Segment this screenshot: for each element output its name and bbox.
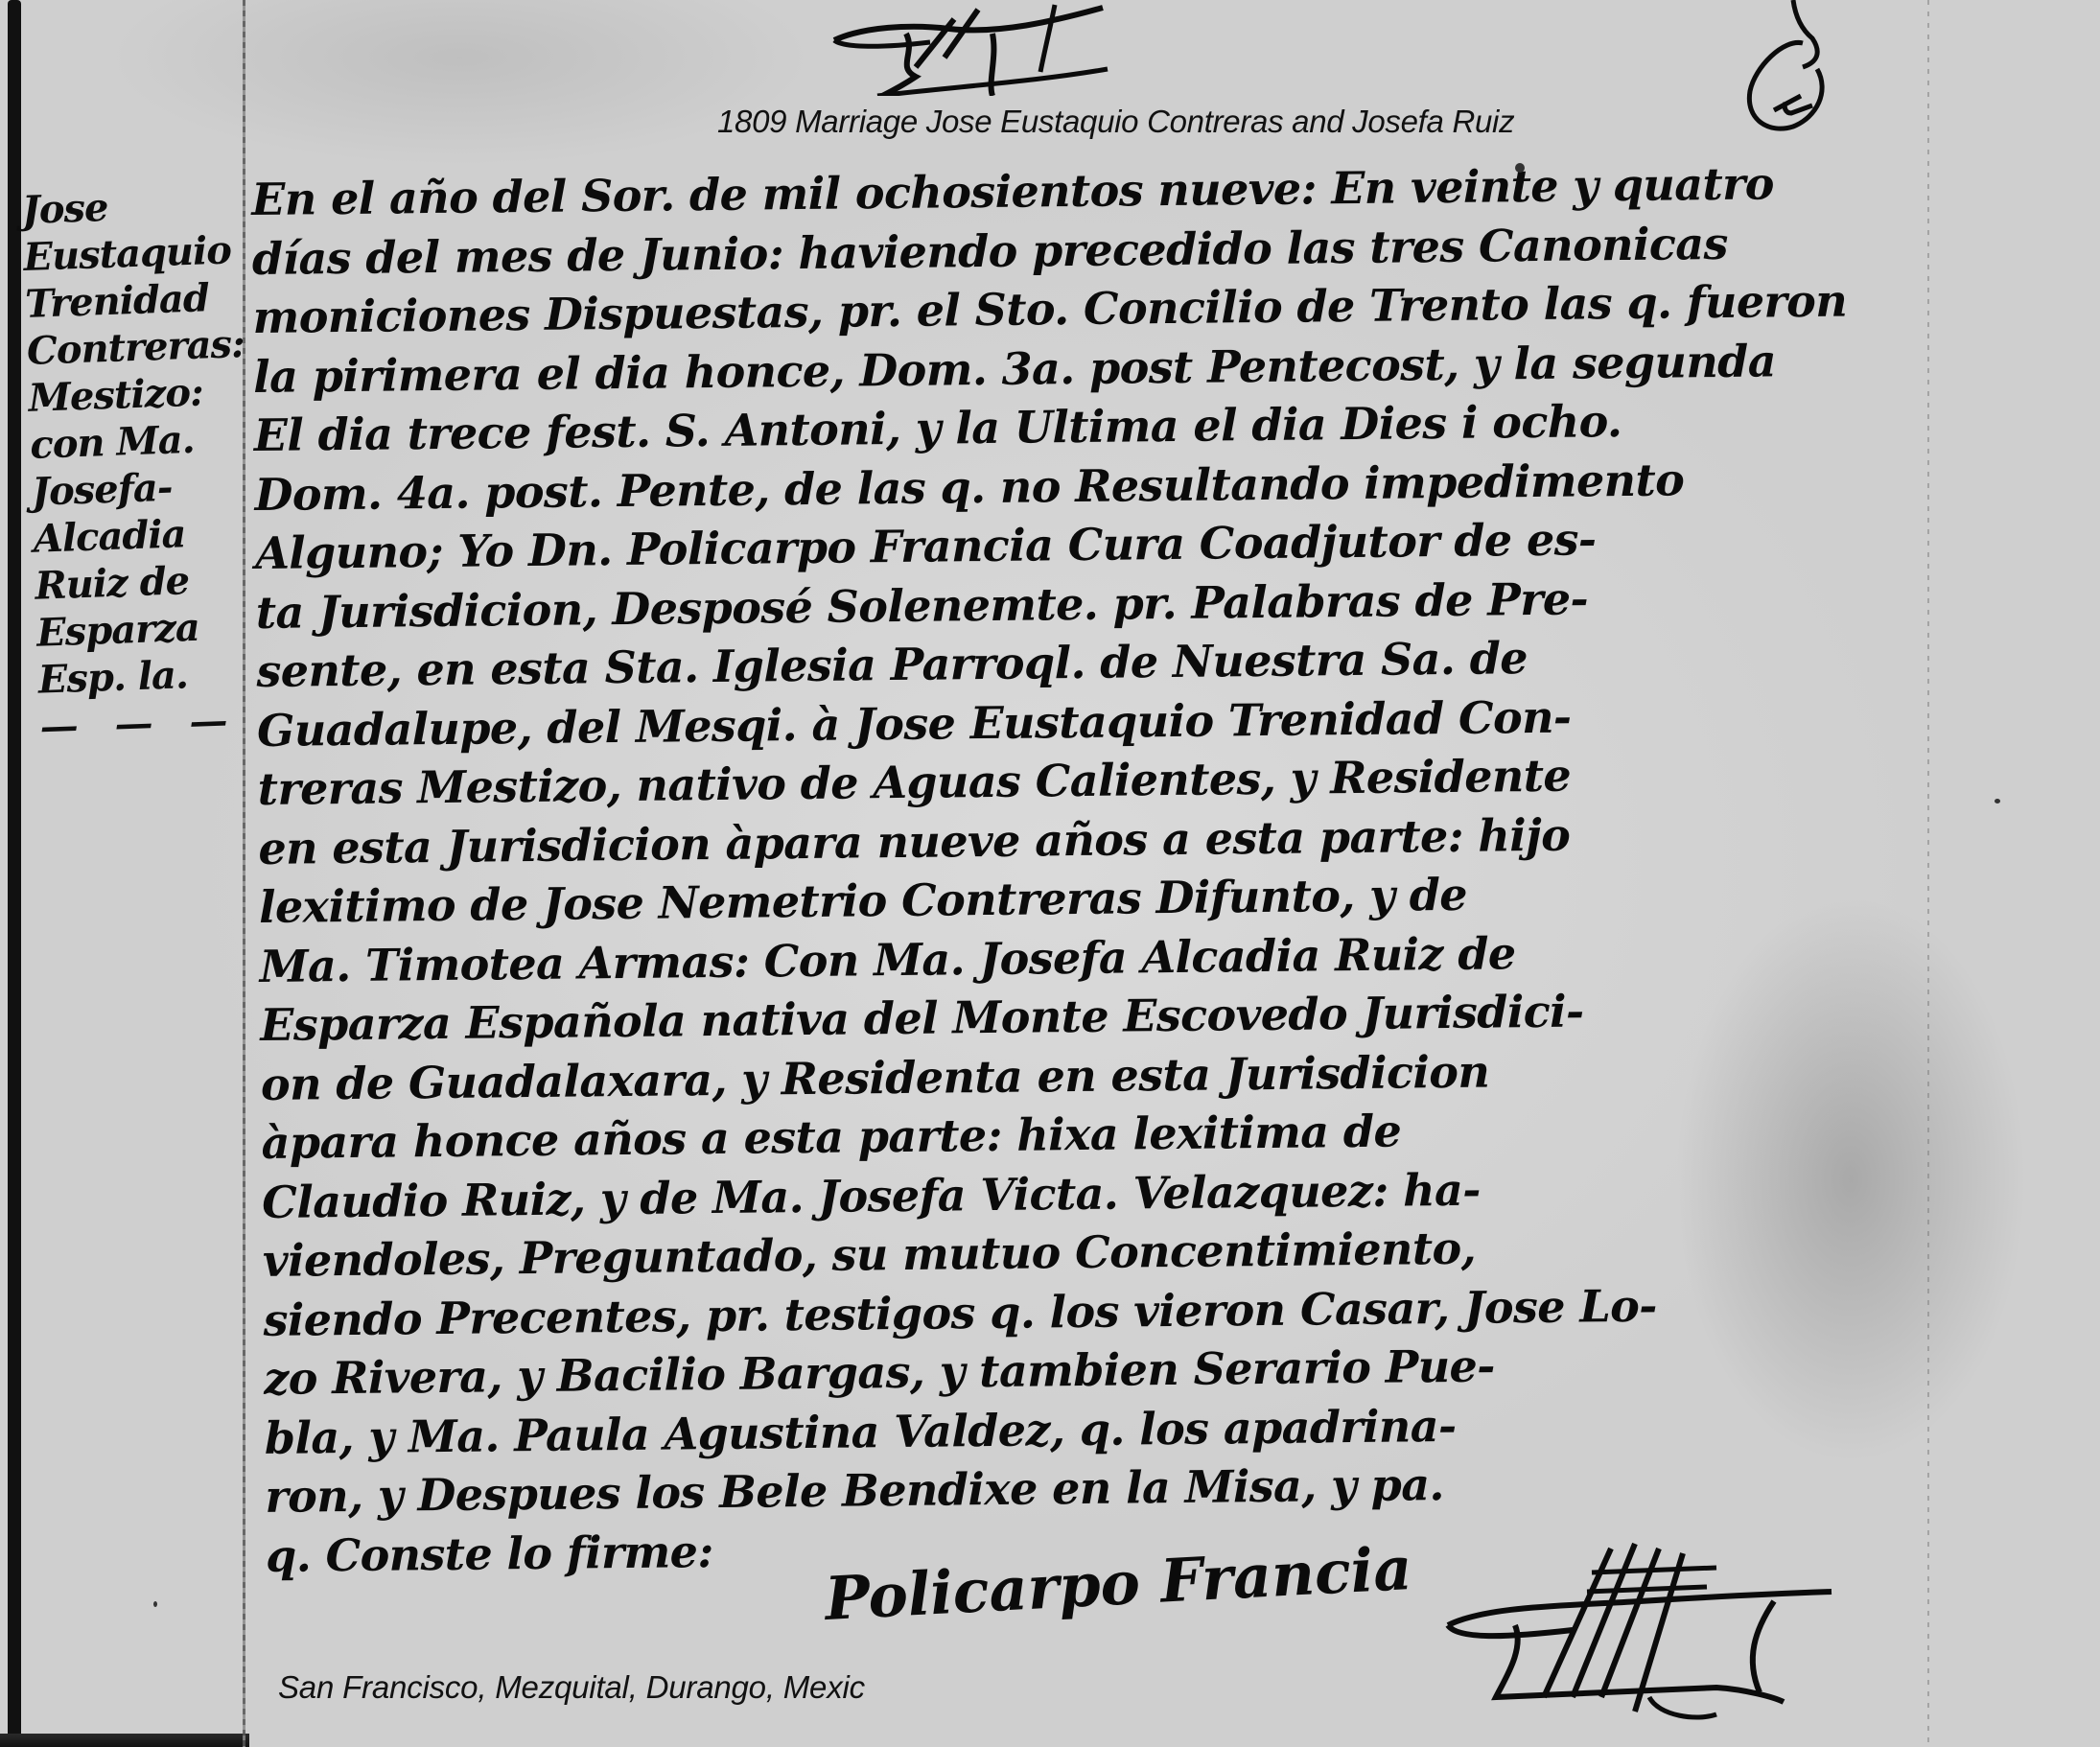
margin-note-line: Josefa- [31,461,255,516]
page-left-edge [8,0,21,1747]
signature-rubric-icon [1429,1534,1851,1726]
margin-note-line: Jose [21,179,245,234]
margin-note-line: Trenidad [24,273,248,328]
folio-number-icon [1726,0,1832,139]
margin-note: Jose Eustaquio Trenidad Contreras: Mesti… [21,179,263,751]
margin-note-line: Esparza [35,602,260,657]
margin-note-line: Mestizo: [28,367,252,422]
margin-note-line: Alcadia [33,508,257,563]
margin-note-line: Eustaquio [23,226,247,281]
margin-note-line: Ruiz de [35,555,259,610]
margin-note-dashes: — — — [39,696,264,751]
manuscript-page: 1809 Marriage Jose Eustaquio Contreras a… [0,0,2100,1747]
top-flourish-icon [825,0,1170,96]
place-caption: San Francisco, Mezquital, Durango, Mexic [278,1669,865,1706]
page-bottom-shadow [0,1734,249,1747]
document-title-caption: 1809 Marriage Jose Eustaquio Contreras a… [717,104,1514,140]
margin-note-line: Contreras: [26,320,250,375]
ink-speck [1995,799,2000,804]
margin-note-line: con Ma. [30,414,254,469]
marriage-entry-text: En el año del Sor. de mil ochosientos nu… [251,153,1953,1586]
ink-speck [1515,163,1525,173]
margin-note-line: Esp. la. [37,649,262,704]
ink-speck [153,1601,157,1607]
